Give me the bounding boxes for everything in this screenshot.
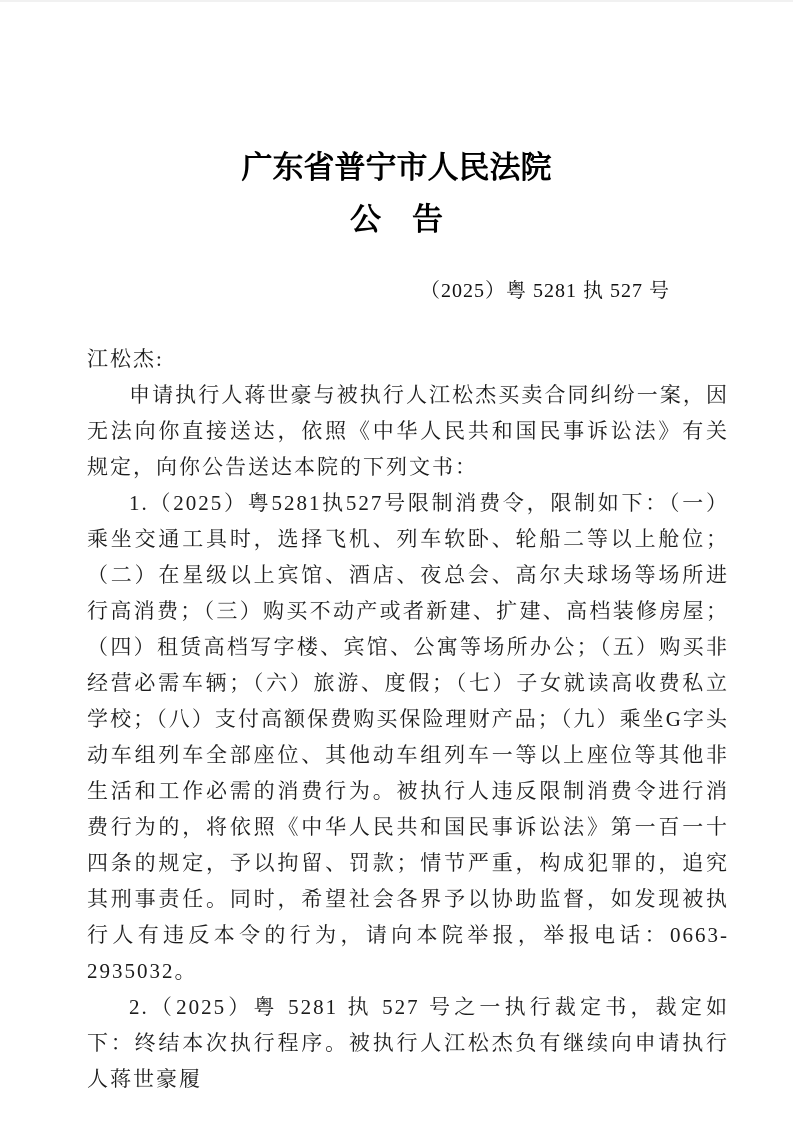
salutation: 江松杰: (87, 341, 729, 377)
notice-body: 江松杰: 申请执行人蒋世豪与被执行人江松杰买卖合同纠纷一案，因无法向你直接送达，… (87, 341, 729, 1097)
item-2-execution-ruling: 2.（2025）粤 5281 执 527 号之一执行裁定书，裁定如下：终结本次执… (87, 989, 729, 1097)
doc-title: 公 告 (0, 194, 793, 239)
case-number: （2025）粤 5281 执 527 号 (420, 274, 670, 303)
court-name: 广东省普宁市人民法院 (0, 142, 793, 187)
intro-paragraph: 申请执行人蒋世豪与被执行人江松杰买卖合同纠纷一案，因无法向你直接送达，依照《中华… (87, 377, 729, 485)
item-1-consumption-restriction-order: 1.（2025）粤5281执527号限制消费令，限制如下：（一）乘坐交通工具时，… (87, 485, 729, 989)
court-notice-page: 广东省普宁市人民法院 公 告 （2025）粤 5281 执 527 号 江松杰:… (0, 0, 793, 1122)
